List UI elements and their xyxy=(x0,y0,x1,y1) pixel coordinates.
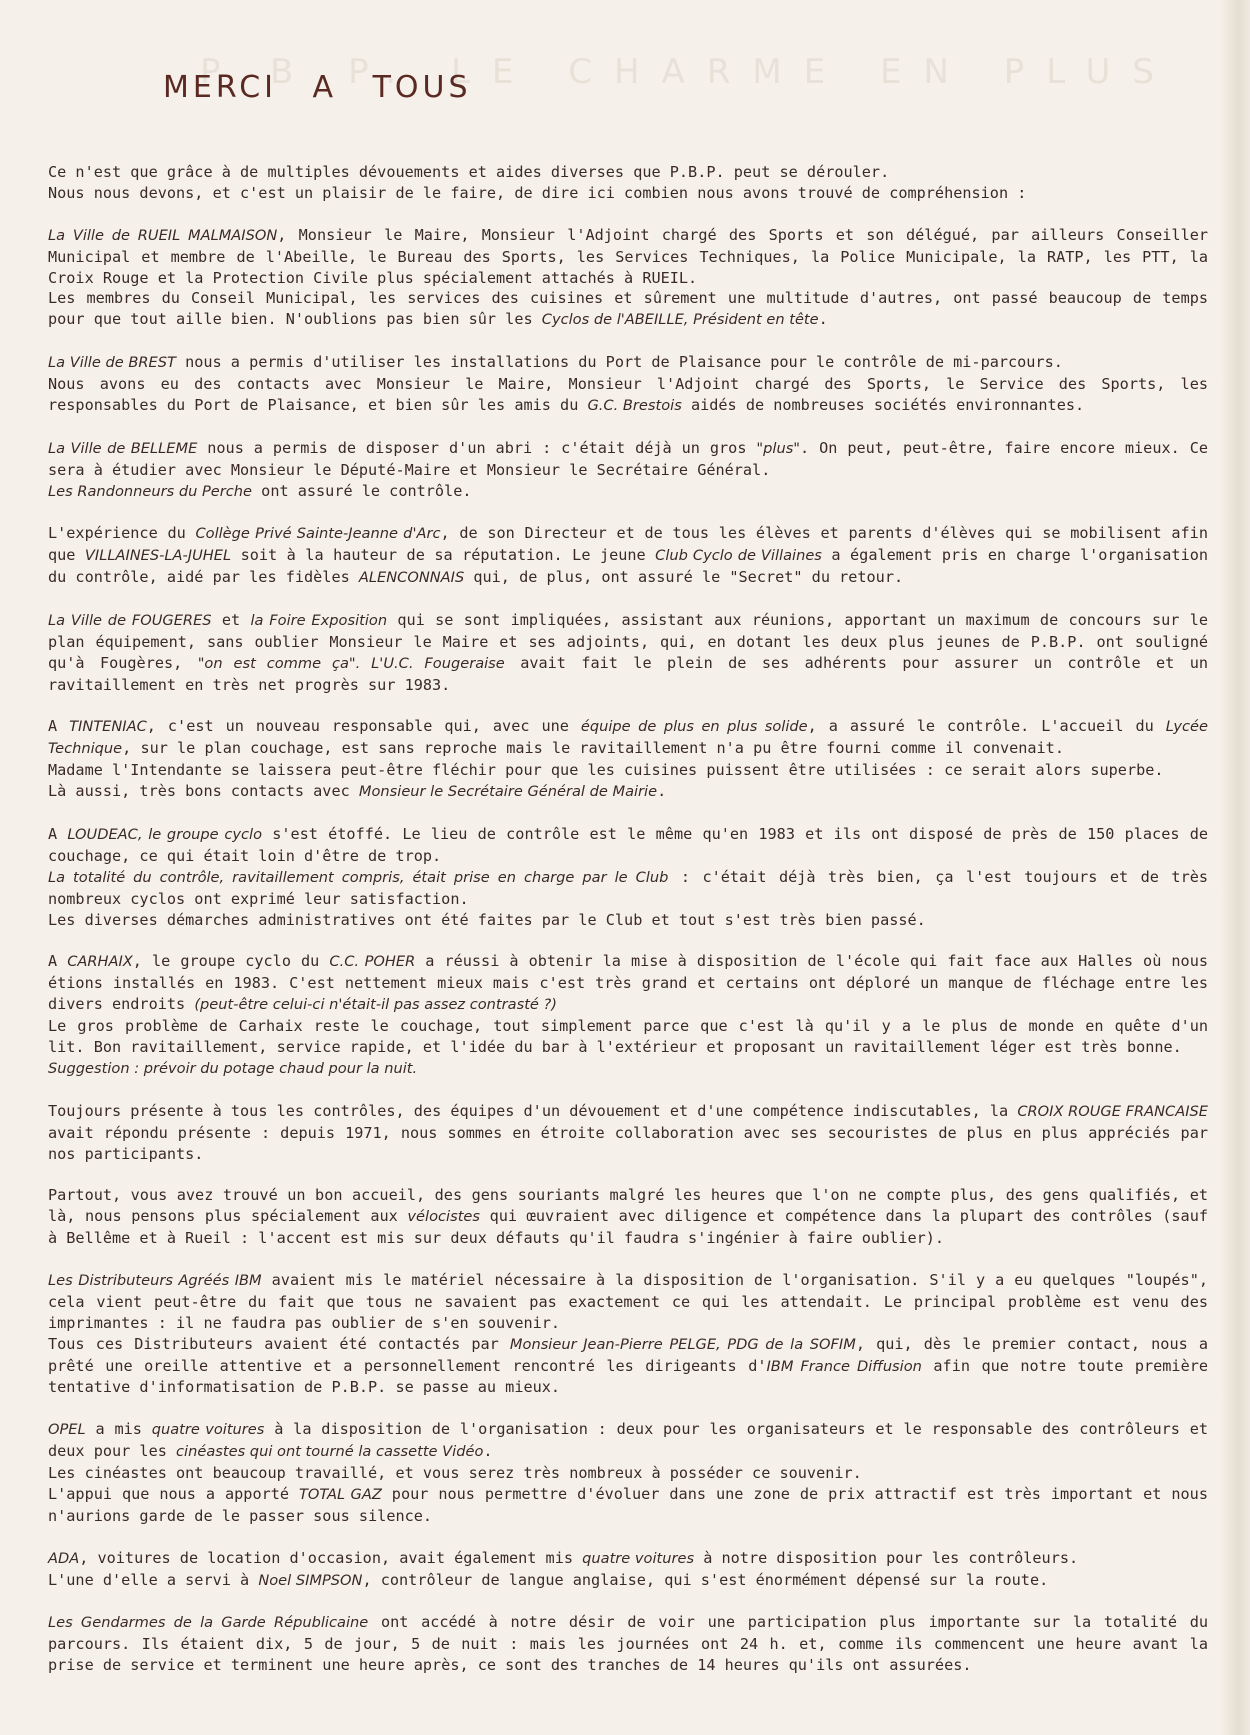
paragraph-line: Tous ces Distributeurs avaient été conta… xyxy=(48,1334,1208,1399)
italic-run: TOTAL GAZ xyxy=(299,1486,382,1503)
italic-run: Les Randonneurs du Perche xyxy=(48,483,252,500)
text-run: Nous nous devons, et c'est un plaisir de… xyxy=(48,184,1026,202)
italic-run: ADA xyxy=(48,1550,79,1567)
text-run: , c'est un nouveau responsable qui, avec… xyxy=(147,717,581,735)
text-run: et xyxy=(212,611,251,629)
text-run: , contrôleur de langue anglaise, qui s'e… xyxy=(362,1571,1048,1589)
italic-run: TINTENIAC xyxy=(69,718,147,735)
italic-run: G.C. Brestois xyxy=(587,397,681,414)
text-run: Là aussi, très bons contacts avec xyxy=(48,782,359,800)
italic-run: Les Distributeurs Agréés IBM xyxy=(48,1272,262,1289)
paragraph-line: Les cinéastes ont beaucoup travaillé, et… xyxy=(48,1463,1208,1484)
paragraph-line: Les Randonneurs du Perche ont assuré le … xyxy=(48,481,1208,503)
paragraph-line: Les Gendarmes de la Garde Républicaine o… xyxy=(48,1612,1208,1676)
page-edge-shadow xyxy=(1220,0,1250,1735)
text-run: . xyxy=(483,1442,492,1460)
italic-run: Collège Privé Sainte-Jeanne d'Arc xyxy=(195,525,440,542)
paragraph-line: Nous avons eu des contacts avec Monsieur… xyxy=(48,374,1208,417)
italic-run: La Ville de RUEIL MALMAISON xyxy=(48,227,277,244)
italic-run: Monsieur le Secrétaire Général de Mairie xyxy=(359,783,657,800)
paragraph-line: La totalité du contrôle, ravitaillement … xyxy=(48,867,1208,910)
paragraph-line: Madame l'Intendante se laissera peut-êtr… xyxy=(48,760,1208,781)
italic-run: Les Gendarmes de la Garde Républicaine xyxy=(48,1614,368,1631)
paragraph-line: La Ville de FOUGERES et la Foire Exposit… xyxy=(48,610,1208,696)
text-run: , le groupe cyclo du xyxy=(133,952,330,970)
italic-run: CROIX ROUGE FRANCAISE xyxy=(1017,1103,1208,1120)
paragraph-line: Partout, vous avez trouvé un bon accueil… xyxy=(48,1185,1208,1249)
italic-run: cinéastes qui ont tourné la cassette Vid… xyxy=(176,1443,483,1460)
paragraph-line: Les Distributeurs Agréés IBM avaient mis… xyxy=(48,1270,1208,1334)
italic-run: OPEL xyxy=(48,1421,86,1438)
paragraph-line: ADA, voitures de location d'occasion, av… xyxy=(48,1548,1208,1570)
italic-run: "plus" xyxy=(756,440,800,457)
text-run: a mis xyxy=(86,1420,152,1438)
paragraph: OPEL a mis quatre voitures à la disposit… xyxy=(48,1419,1208,1527)
text-run: Tous ces Distributeurs avaient été conta… xyxy=(48,1335,510,1353)
text-run: nous a permis d'utiliser les installatio… xyxy=(176,353,1063,371)
text-run: L'une d'elle a servi à xyxy=(48,1571,258,1589)
paragraph-line: L'expérience du Collège Privé Sainte-Jea… xyxy=(48,523,1208,589)
paragraph-line: L'une d'elle a servi à Noel SIMPSON, con… xyxy=(48,1570,1208,1592)
italic-run: vélocistes xyxy=(407,1208,480,1225)
italic-run: La Ville de BELLEME xyxy=(48,440,197,457)
italic-run: Suggestion : prévoir du potage chaud pou… xyxy=(48,1060,417,1077)
text-run: ont assuré le contrôle. xyxy=(252,482,471,500)
italic-run: CARHAIX xyxy=(67,953,133,970)
paragraph: L'expérience du Collège Privé Sainte-Jea… xyxy=(48,523,1208,589)
text-run: L'appui que nous a apporté xyxy=(48,1485,299,1503)
text-run: Madame l'Intendante se laissera peut-êtr… xyxy=(48,761,1164,779)
paragraph: A CARHAIX, le groupe cyclo du C.C. POHER… xyxy=(48,951,1208,1079)
text-run: soit à la hauteur de sa réputation. Le j… xyxy=(231,546,655,564)
text-run: Les cinéastes ont beaucoup travaillé, et… xyxy=(48,1464,862,1482)
italic-run: La Ville de FOUGERES xyxy=(48,612,212,629)
paragraph: ADA, voitures de location d'occasion, av… xyxy=(48,1548,1208,1592)
text-run: qui, de plus, ont assuré le "Secret" du … xyxy=(464,568,903,586)
paragraph: Ce n'est que grâce à de multiples dévoue… xyxy=(48,162,1208,204)
italic-run: (peut-être celui-ci n'était-il pas assez… xyxy=(194,996,557,1013)
italic-run: LOUDEAC, le groupe cyclo xyxy=(67,826,262,843)
paragraph-line: Ce n'est que grâce à de multiples dévoue… xyxy=(48,162,1208,183)
text-run: Toujours présente à tous les contrôles, … xyxy=(48,1102,1017,1120)
paragraph-line: La Ville de RUEIL MALMAISON, Monsieur le… xyxy=(48,225,1208,289)
text-run: A xyxy=(48,825,67,843)
paragraph-line: Nous nous devons, et c'est un plaisir de… xyxy=(48,183,1208,204)
paragraph: La Ville de RUEIL MALMAISON, Monsieur le… xyxy=(48,225,1208,332)
text-run: Les diverses démarches administratives o… xyxy=(48,911,926,929)
text-run: Le gros problème de Carhaix reste le cou… xyxy=(48,1017,1208,1056)
italic-run: VILLAINES-LA-JUHEL xyxy=(85,547,231,564)
italic-run: Noel SIMPSON xyxy=(258,1572,362,1589)
paragraph-line: Toujours présente à tous les contrôles, … xyxy=(48,1101,1208,1165)
italic-run: La totalité du contrôle, ravitaillement … xyxy=(48,869,668,886)
italic-run: Cyclos de l'ABEILLE, Président en tête xyxy=(542,311,819,328)
italic-run: la Foire Exposition xyxy=(250,612,387,629)
paragraph-line: A LOUDEAC, le groupe cyclo s'est étoffé.… xyxy=(48,824,1208,867)
paragraph: A TINTENIAC, c'est un nouveau responsabl… xyxy=(48,716,1208,803)
italic-run: ALENCONNAIS xyxy=(359,569,464,586)
text-run: L'expérience du xyxy=(48,524,195,542)
text-run: . xyxy=(657,782,666,800)
text-run: , sur le plan couchage, est sans reproch… xyxy=(122,739,1064,757)
paragraph-line: Suggestion : prévoir du potage chaud pou… xyxy=(48,1058,1208,1080)
paragraph-line: L'appui que nous a apporté TOTAL GAZ pou… xyxy=(48,1484,1208,1527)
italic-run: Club Cyclo de Villaines xyxy=(655,547,822,564)
paragraph: La Ville de BELLEME nous a permis de dis… xyxy=(48,438,1208,503)
paragraph-line: Les diverses démarches administratives o… xyxy=(48,910,1208,931)
italic-run: "on est comme ça". L'U.C. Fougeraise xyxy=(198,655,505,672)
page-title: MERCI A TOUS xyxy=(163,70,472,105)
paragraph-line: Les membres du Conseil Municipal, les se… xyxy=(48,288,1208,331)
paragraph-line: Le gros problème de Carhaix reste le cou… xyxy=(48,1016,1208,1058)
text-run: A xyxy=(48,717,69,735)
text-run: . xyxy=(819,310,828,328)
paragraph: La Ville de FOUGERES et la Foire Exposit… xyxy=(48,610,1208,696)
paragraph: A LOUDEAC, le groupe cyclo s'est étoffé.… xyxy=(48,824,1208,931)
text-run: avait répondu présente : depuis 1971, no… xyxy=(48,1124,1208,1163)
paragraph: Partout, vous avez trouvé un bon accueil… xyxy=(48,1185,1208,1249)
paragraph-line: Là aussi, très bons contacts avec Monsie… xyxy=(48,781,1208,803)
paragraph-line: OPEL a mis quatre voitures à la disposit… xyxy=(48,1419,1208,1463)
paragraph: Les Gendarmes de la Garde Républicaine o… xyxy=(48,1612,1208,1676)
paragraph-line: La Ville de BREST nous a permis d'utilis… xyxy=(48,352,1208,374)
paragraph-line: A CARHAIX, le groupe cyclo du C.C. POHER… xyxy=(48,951,1208,1016)
italic-run: C.C. POHER xyxy=(329,953,415,970)
italic-run: quatre voitures xyxy=(582,1550,694,1567)
text-run: , a assuré le contrôle. L'accueil du xyxy=(808,717,1166,735)
paragraph: La Ville de BREST nous a permis d'utilis… xyxy=(48,352,1208,417)
article-body: Ce n'est que grâce à de multiples dévoue… xyxy=(48,162,1208,1697)
text-run: à notre disposition pour les contrôleurs… xyxy=(694,1549,1078,1567)
text-run: nous a permis de disposer d'un abri : c'… xyxy=(197,439,756,457)
paragraph: Les Distributeurs Agréés IBM avaient mis… xyxy=(48,1270,1208,1398)
italic-run: IBM France Diffusion xyxy=(767,1358,922,1375)
italic-run: quatre voitures xyxy=(152,1421,265,1438)
text-run: , voitures de location d'occasion, avait… xyxy=(79,1549,582,1567)
italic-run: Monsieur Jean-Pierre PELGE, PDG de la SO… xyxy=(510,1336,856,1353)
italic-run: La Ville de BREST xyxy=(48,354,176,371)
italic-run: équipe de plus en plus solide xyxy=(581,718,808,735)
text-run: Ce n'est que grâce à de multiples dévoue… xyxy=(48,163,889,181)
text-run: A xyxy=(48,952,67,970)
text-run: aidés de nombreuses sociétés environnant… xyxy=(682,396,1084,414)
paragraph-line: A TINTENIAC, c'est un nouveau responsabl… xyxy=(48,716,1208,760)
paragraph: Toujours présente à tous les contrôles, … xyxy=(48,1101,1208,1165)
paragraph-line: La Ville de BELLEME nous a permis de dis… xyxy=(48,438,1208,481)
